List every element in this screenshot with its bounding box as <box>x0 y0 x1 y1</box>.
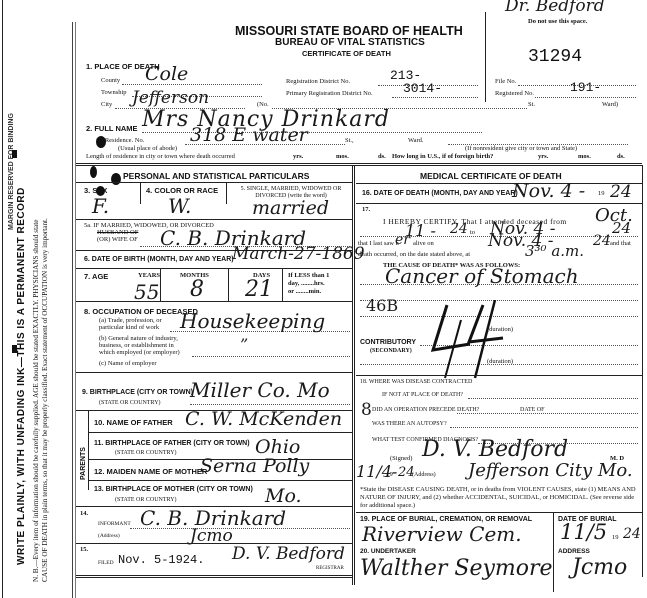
bottom-divider <box>76 575 352 578</box>
race-value: W. <box>168 194 191 218</box>
signed-value: D. V. Bedford <box>422 437 568 462</box>
occ-b-label-3: which employed (or employer) <box>99 349 180 356</box>
cell-divider <box>226 183 227 204</box>
birthplace-label: 9. BIRTHPLACE (CITY OR TOWN) <box>82 389 193 396</box>
occ-b-label-1: (b) General nature of industry, <box>99 335 178 342</box>
birthplace-sub: (STATE OR COUNTRY) <box>99 400 161 406</box>
row-line <box>356 512 642 513</box>
dod-label: 16. DATE OF DEATH (MONTH, DAY AND YEAR) <box>362 190 518 197</box>
left-margin-edge <box>2 0 3 598</box>
burial-value: Riverview Cem. <box>362 522 522 546</box>
ink-strokes <box>425 300 515 380</box>
township-label: Township <box>101 89 127 96</box>
length-of-residence-label: Length of residence in city or town wher… <box>86 153 235 160</box>
burial-year: 24 <box>623 526 641 542</box>
dod-year: 24 <box>610 182 632 202</box>
reg-district-label: Registration District No. <box>286 78 350 85</box>
autopsy-line <box>450 427 638 428</box>
ink-blot <box>90 166 97 178</box>
top-annotation: Dr. Bedford <box>505 0 605 16</box>
mother-label: 12. MAIDEN NAME OF MOTHER <box>94 467 207 476</box>
res-st-label: St., <box>345 137 354 144</box>
doc-form-name: CERTIFICATE OF DEATH <box>302 49 391 58</box>
residence-value: 318 E water <box>190 124 308 146</box>
registrar-label: REGISTRAR <box>316 566 344 571</box>
how-long-label: How long in U.S., if of foreign birth? <box>392 153 493 160</box>
filed-date: Nov. 5-1924. <box>118 553 204 567</box>
ward-label: Ward) <box>602 101 618 108</box>
row-line <box>76 219 352 220</box>
time-value: 3³⁰ a.m. <box>525 242 584 260</box>
registrar-signature: D. V. Bedford <box>232 544 345 564</box>
less-than-label-1: If LESS than 1 <box>288 272 329 279</box>
undertaker-address: Jcmo <box>572 555 627 580</box>
birthplace-line <box>190 404 350 405</box>
primary-reg-label: Primary Registration District No. <box>286 90 373 97</box>
operation-mark: 8 <box>361 400 372 420</box>
cell-divider <box>282 269 283 301</box>
cell-divider <box>228 269 229 301</box>
how-long-ds: ds. <box>617 153 625 160</box>
filed-num: 15. <box>80 546 88 553</box>
signed-label: (Signed) <box>390 455 412 462</box>
father-label: 10. NAME OF FATHER <box>94 418 173 427</box>
do-not-use-note: Do not use this space. <box>528 18 587 25</box>
alive-year: 24 <box>593 233 611 249</box>
registered-no-value: 191- <box>570 80 601 95</box>
occ-a-label-2: particular kind of work <box>99 324 159 331</box>
burial-year-prefix: 19 <box>612 534 619 541</box>
contracted-label: 18. WHERE WAS DISEASE CONTRACTED <box>360 379 472 385</box>
city-value: Jefferson <box>132 88 209 108</box>
father-bp-sub: (STATE OR COUNTRY) <box>115 450 177 456</box>
doc-subtitle: BUREAU OF VITAL STATISTICS <box>275 37 425 48</box>
father-value: C. W. McKenden <box>185 408 342 430</box>
margin-binding-note: MARGIN RESERVED FOR BINDING <box>8 113 15 230</box>
registered-no-line <box>535 97 636 98</box>
row-line <box>76 182 352 183</box>
sex-value: F. <box>92 194 109 218</box>
occ-a-value: Housekeeping <box>180 309 325 333</box>
burial-divider <box>553 512 554 592</box>
attended-year1: 24 <box>450 221 468 237</box>
margin-mark-2 <box>12 345 17 353</box>
row-line <box>356 183 642 184</box>
mother-bp-label: 13. BIRTHPLACE OF MOTHER (CITY OR TOWN) <box>94 486 253 493</box>
stamp-box-divider <box>485 12 486 102</box>
right-edge <box>642 165 643 577</box>
city-label: City <box>101 101 112 108</box>
parents-divider <box>88 410 89 490</box>
row-line <box>88 480 352 481</box>
primary-reg-value: 3014- <box>403 81 442 96</box>
not-at-place-label: IF NOT AT PLACE OF DEATH? <box>382 392 463 398</box>
contributory-label: CONTRIBUTORY <box>360 339 416 346</box>
county-value: Cole <box>145 63 188 85</box>
occ-a-label-1: (a) Trade, profession, or <box>99 317 162 324</box>
father-bp-label: 11. BIRTHPLACE OF FATHER (CITY OR TOWN) <box>94 440 250 447</box>
usual-place-label: (Usual place of abode) <box>118 145 177 152</box>
length-mos: mos. <box>336 153 349 160</box>
row-line <box>76 372 352 373</box>
dob-label: 6. DATE OF BIRTH (MONTH, DAY AND YEAR) <box>84 256 234 263</box>
not-at-place-line <box>468 398 638 399</box>
age-label: 7. AGE <box>84 272 108 281</box>
registered-no-label: Registered No. <box>495 90 534 97</box>
informant-label: INFORMANT <box>98 521 131 527</box>
mother-value: Serna Polly <box>200 455 309 477</box>
undertaker-value: Walther Seymore <box>360 556 553 581</box>
mother-bp-value: Mo. <box>265 485 302 507</box>
years-label: YEARS <box>138 272 160 279</box>
row-line <box>76 268 352 269</box>
cell-divider <box>140 183 141 204</box>
death-occurred-label: death occurred, on the date stated above… <box>358 251 470 258</box>
occ-b-label-2: business, or establishment in <box>99 342 174 349</box>
how-long-yrs: yrs. <box>538 153 548 160</box>
operation-line <box>457 413 638 414</box>
address-label: (Address) <box>412 472 436 478</box>
row-line <box>356 375 642 376</box>
alive-on-label: alive on <box>413 240 434 247</box>
days-value: 21 <box>245 277 273 302</box>
file-no-label: File No. <box>495 78 516 85</box>
row-line <box>356 203 642 204</box>
county-line <box>122 84 262 85</box>
full-name-label: 2. FULL NAME <box>86 124 138 133</box>
cause-code: 46B <box>366 296 398 315</box>
spouse-label-3: (OR) WIFE OF <box>97 236 138 243</box>
margin-write-plainly: WRITE PLAINLY, WITH UNFADING INK—THIS IS… <box>16 187 27 565</box>
occ-b-line <box>192 356 350 357</box>
ink-blot <box>96 136 106 148</box>
and-that-label: and that <box>610 240 631 247</box>
length-yrs: yrs. <box>293 153 303 160</box>
cell-divider <box>160 269 161 301</box>
footnote: *State the DISEASE CAUSING DEATH, or in … <box>360 486 638 510</box>
county-label: County <box>101 77 120 84</box>
occ-b-value: ” <box>240 335 248 354</box>
burial-date: 11/5 <box>560 520 607 544</box>
undertaker-label: 20. UNDERTAKER <box>360 548 416 555</box>
filed-label: FILED <box>98 560 114 566</box>
section-divider <box>76 163 642 166</box>
margin-nb-line1: N. B.—Every item of information should b… <box>32 220 40 582</box>
last-saw-label: that I last saw h <box>358 240 399 247</box>
birthplace-value: Miller Co. Mo <box>190 378 330 402</box>
certificate-number: 31294 <box>528 47 582 67</box>
column-divider <box>352 165 355 585</box>
to-label: to <box>470 229 475 236</box>
ink-blot <box>111 173 121 185</box>
st-label: St. <box>528 101 535 108</box>
informant-address-label: (Address) <box>98 533 120 539</box>
margin-nb-line2: CAUSE OF DEATH in plain terms, so that i… <box>41 218 49 582</box>
spouse-label-2: HUSBAND OF <box>97 229 138 236</box>
mother-bp-sub: (STATE OR COUNTRY) <box>115 497 177 503</box>
row-line <box>88 432 352 433</box>
dod-value: Nov. 4 - <box>512 180 585 202</box>
address-value: Jefferson City Mo. <box>468 460 633 481</box>
secondary-label: (SECONDARY) <box>370 348 412 354</box>
margin-mark <box>12 150 17 158</box>
res-ward-label: Ward. <box>408 137 424 144</box>
length-ds: ds. <box>378 153 386 160</box>
binding-rule-2 <box>75 22 76 598</box>
primary-reg-line <box>392 97 478 98</box>
undertaker-address-label: ADDRESS <box>558 548 590 555</box>
dob-value: March-27-1869 <box>232 244 365 264</box>
item-17: 17. <box>362 206 370 213</box>
how-long-mos: mos. <box>578 153 591 160</box>
less-than-label-3: or ........min. <box>288 288 321 295</box>
dod-year-prefix: 19 <box>598 190 605 197</box>
cause-value: Cancer of Stomach <box>385 264 579 288</box>
occ-c-label: (c) Name of employer <box>99 360 157 367</box>
row-line <box>76 301 352 302</box>
binding-rule <box>72 22 73 598</box>
attended-year2: 24 <box>612 219 631 237</box>
autopsy-label: WAS THERE AN AUTOPSY? <box>372 421 447 427</box>
months-value: 8 <box>190 277 204 302</box>
last-saw-pronoun: er <box>395 232 410 248</box>
parents-label: PARENTS <box>80 447 87 480</box>
marital-value: married <box>252 197 329 219</box>
nonresident-note: (If nonresident give city or town and St… <box>465 145 577 152</box>
personal-header: PERSONAL AND STATISTICAL PARTICULARS <box>123 171 309 181</box>
doc-title: MISSOURI STATE BOARD OF HEALTH <box>235 24 463 38</box>
signed-year-prefix: , 19 <box>383 471 393 478</box>
informant-num: 14. <box>80 510 88 517</box>
less-than-label-2: day, ........hrs. <box>288 280 325 287</box>
